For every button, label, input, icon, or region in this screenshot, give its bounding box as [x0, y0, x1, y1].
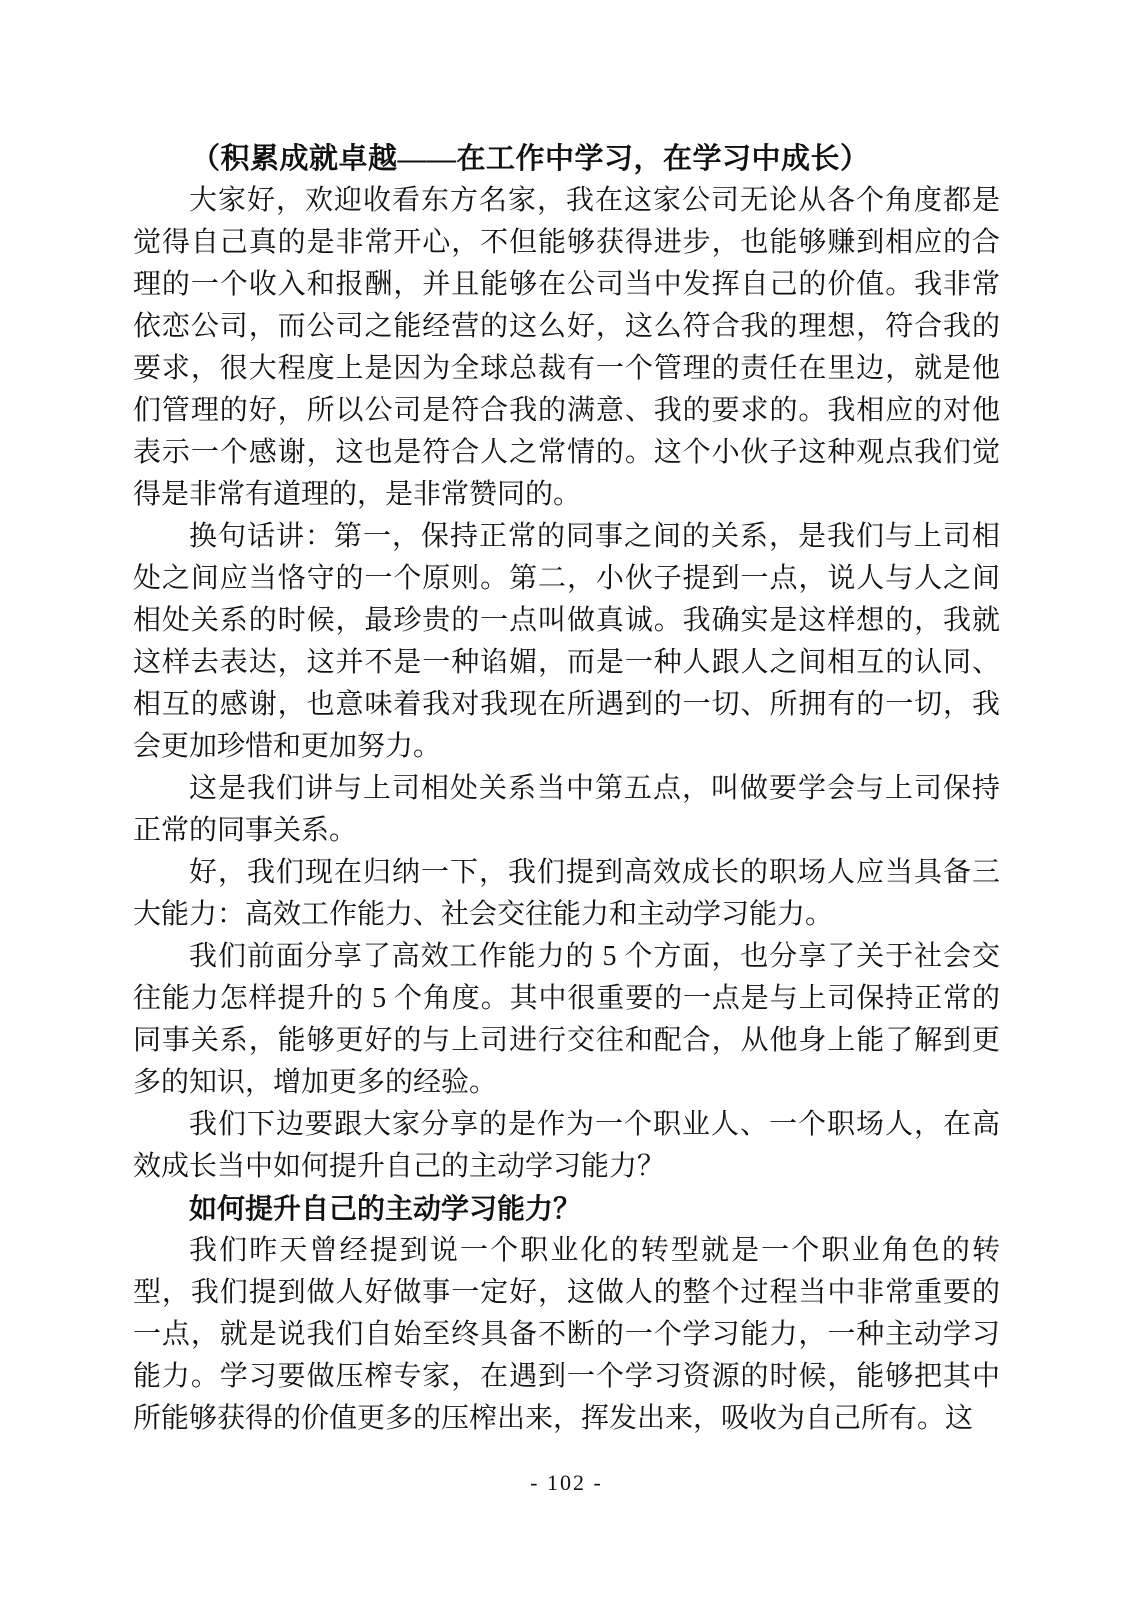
document-content: （积累成就卓越——在工作中学习，在学习中成长） 大家好，欢迎收看东方名家，我在这… — [133, 138, 1000, 1440]
paragraph: 我们前面分享了高效工作能力的 5 个方面，也分享了关于社会交往能力怎样提升的 5… — [133, 936, 1000, 1104]
paragraph: 换句话讲：第一，保持正常的同事之间的关系，是我们与上司相处之间应当恪守的一个原则… — [133, 516, 1000, 768]
page-number-footer: - 102 - — [133, 1468, 1000, 1498]
paragraph: 我们昨天曾经提到说一个职业化的转型就是一个职业角色的转型，我们提到做人好做事一定… — [133, 1230, 1000, 1440]
document-page: （积累成就卓越——在工作中学习，在学习中成长） 大家好，欢迎收看东方名家，我在这… — [0, 0, 1131, 1600]
paragraph: 这是我们讲与上司相处关系当中第五点，叫做要学会与上司保持正常的同事关系。 — [133, 768, 1000, 852]
document-title: （积累成就卓越——在工作中学习，在学习中成长） — [133, 138, 1000, 180]
paragraph: 大家好，欢迎收看东方名家，我在这家公司无论从各个角度都是觉得自己真的是非常开心，… — [133, 180, 1000, 516]
paragraph: 好，我们现在归纳一下，我们提到高效成长的职场人应当具备三大能力：高效工作能力、社… — [133, 852, 1000, 936]
paragraph: 我们下边要跟大家分享的是作为一个职业人、一个职场人，在高效成长当中如何提升自己的… — [133, 1104, 1000, 1188]
section-heading: 如何提升自己的主动学习能力？ — [133, 1188, 1000, 1230]
document-body: 大家好，欢迎收看东方名家，我在这家公司无论从各个角度都是觉得自己真的是非常开心，… — [133, 180, 1000, 1440]
